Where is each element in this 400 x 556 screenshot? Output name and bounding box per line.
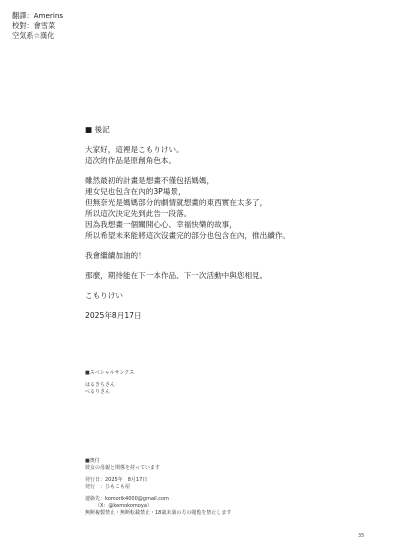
copyright-notice: 無断複製禁止・無断転載禁止・18歳未満の方の閲覧を禁止します bbox=[85, 510, 231, 517]
translation-credits: 翻譯：Amerins 校對：會雪菜 空気系☆漢化 bbox=[12, 11, 63, 41]
text-line: 這次的作品是原創角色本。 bbox=[85, 155, 290, 166]
afterword-paragraph: 雖然最初的計畫是想畫不僅包括媽媽， 連女兒也包含在內的3P場景， 但無奈光是媽媽… bbox=[85, 175, 290, 241]
credit-proofreader: 校對：會雪菜 bbox=[12, 21, 63, 31]
issue-date: 発行日：2025年 8月17日 bbox=[85, 477, 231, 484]
thanks-name: べるりさん bbox=[85, 389, 134, 396]
afterword-paragraph: 那麼，期待能在下一本作品、下一次活動中與您相見。 bbox=[85, 270, 290, 281]
special-thanks-section: ■スペシャルサンクス はるきちさん べるりさん bbox=[85, 370, 134, 396]
contact-x-handle: （X：@kemokomoya） bbox=[85, 503, 231, 510]
credit-group: 空気系☆漢化 bbox=[12, 31, 63, 41]
contact-email: 連絡先：komorik4000@gmail.com bbox=[85, 496, 231, 503]
afterword-date: 2025年8月17日 bbox=[85, 310, 290, 321]
afterword-paragraph: 我會繼續加油的！ bbox=[85, 250, 290, 261]
colophon-contact-block: 連絡先：komorik4000@gmail.com （X：@kemokomoya… bbox=[85, 496, 231, 517]
colophon-heading: ■奥付 bbox=[85, 458, 231, 465]
thanks-name: はるきちさん bbox=[85, 382, 134, 389]
book-title: 彼女の母親と関係を持っています bbox=[85, 465, 231, 472]
credit-translator: 翻譯：Amerins bbox=[12, 11, 63, 21]
afterword-heading: ■ 後記 bbox=[85, 124, 290, 136]
special-thanks-heading: ■スペシャルサンクス bbox=[85, 370, 134, 377]
colophon-section: ■奥付 彼女の母親と関係を持っています 発行日：2025年 8月17日 発行 ：… bbox=[85, 458, 231, 522]
publisher: 発行 ：ひもこも屋 bbox=[85, 484, 231, 491]
text-line: 但無奈光是媽媽部分的劇情就想畫的東西實在太多了， bbox=[85, 197, 290, 208]
text-line: 雖然最初的計畫是想畫不僅包括媽媽， bbox=[85, 175, 290, 186]
text-line: こもりけい bbox=[85, 290, 290, 301]
text-line: 所以這次決定先到此告一段落。 bbox=[85, 208, 290, 219]
text-line: 連女兒也包含在內的3P場景， bbox=[85, 186, 290, 197]
text-line: 因為我想畫一個關開心心、幸福快樂的故事， bbox=[85, 219, 290, 230]
colophon-title-block: ■奥付 彼女の母親と関係を持っています bbox=[85, 458, 231, 472]
text-line: 我會繼續加油的！ bbox=[85, 250, 290, 261]
page-number: 35 bbox=[358, 533, 364, 539]
afterword-section: ■ 後記 大家好，這裡是こもりけい。 這次的作品是原創角色本。 雖然最初的計畫是… bbox=[85, 124, 290, 330]
text-line: 那麼，期待能在下一本作品、下一次活動中與您相見。 bbox=[85, 270, 290, 281]
text-line: 2025年8月17日 bbox=[85, 310, 290, 321]
colophon-publish-block: 発行日：2025年 8月17日 発行 ：ひもこも屋 bbox=[85, 477, 231, 491]
text-line: 大家好，這裡是こもりけい。 bbox=[85, 144, 290, 155]
author-signature: こもりけい bbox=[85, 290, 290, 301]
text-line: 所以希望未來能將這次沒畫完的部分也包含在內，推出續作。 bbox=[85, 230, 290, 241]
afterword-paragraph: 大家好，這裡是こもりけい。 這次的作品是原創角色本。 bbox=[85, 144, 290, 166]
